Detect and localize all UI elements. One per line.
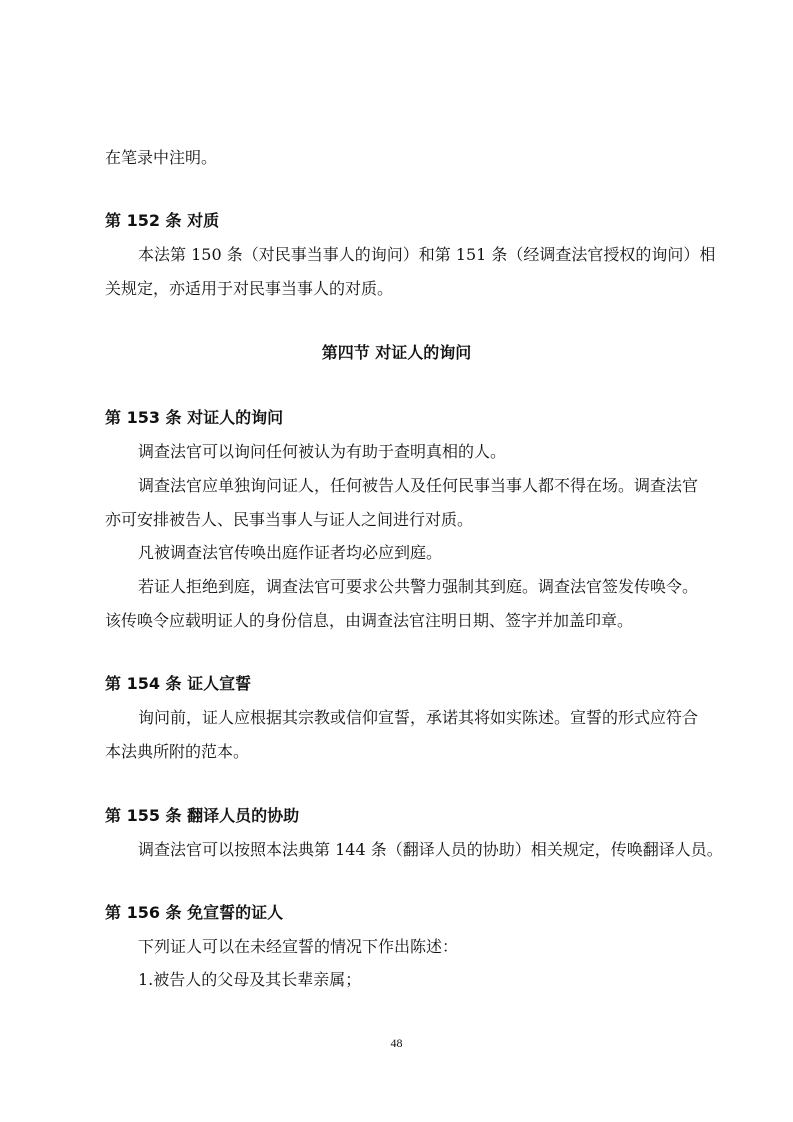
article-153-paragraph-2: 调查法官应单独询问证人，任何被告人及任何民事当事人都不得在场。调查法官 [138, 476, 698, 496]
continuation-text: 在笔录中注明。 [105, 148, 217, 168]
page-number: 48 [0, 1036, 793, 1051]
article-156-paragraph: 下列证人可以在未经宣誓的情况下作出陈述： [138, 937, 458, 957]
article-152-heading: 第 152 条 对质 [105, 211, 219, 231]
article-152-paragraph-cont: 关规定，亦适用于对民事当事人的对质。 [105, 279, 393, 299]
article-156-list-item-1: 1.被告人的父母及其长辈亲属； [138, 970, 361, 990]
article-155-paragraph: 调查法官可以按照本法典第 144 条（翻译人员的协助）相关规定，传唤翻译人员。 [138, 840, 723, 860]
article-153-heading: 第 153 条 对证人的询问 [105, 408, 283, 428]
article-154-heading: 第 154 条 证人宣誓 [105, 674, 251, 694]
article-153-paragraph-2-cont: 亦可安排被告人、民事当事人与证人之间进行对质。 [105, 510, 473, 530]
article-153-paragraph-4: 若证人拒绝到庭，调查法官可要求公共警力强制其到庭。调查法官签发传唤令。 [138, 577, 698, 597]
section-title: 第四节 对证人的询问 [0, 343, 793, 363]
article-156-heading: 第 156 条 免宣誓的证人 [105, 903, 283, 923]
article-154-paragraph: 询问前，证人应根据其宗教或信仰宣誓，承诺其将如实陈述。宣誓的形式应符合 [138, 708, 698, 728]
article-153-paragraph-3: 凡被调查法官传唤出庭作证者均必应到庭。 [138, 543, 442, 563]
article-153-paragraph-4-cont: 该传唤令应载明证人的身份信息，由调查法官注明日期、签字并加盖印章。 [105, 611, 633, 631]
article-155-heading: 第 155 条 翻译人员的协助 [105, 806, 299, 826]
article-152-paragraph: 本法第 150 条（对民事当事人的询问）和第 151 条（经调查法官授权的询问）… [138, 245, 715, 265]
article-153-paragraph-1: 调查法官可以询问任何被认为有助于查明真相的人。 [138, 442, 506, 462]
article-154-paragraph-cont: 本法典所附的范本。 [105, 742, 249, 762]
